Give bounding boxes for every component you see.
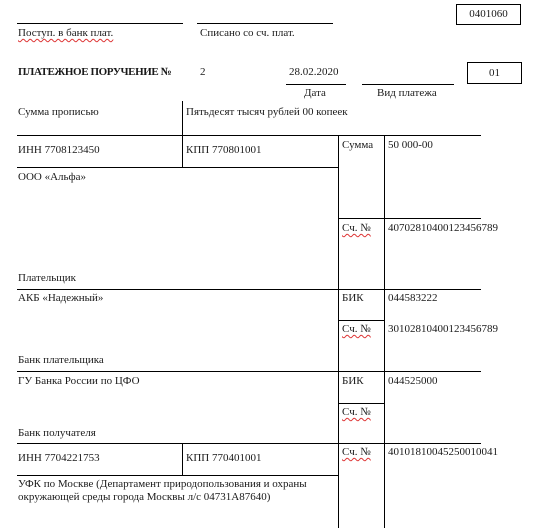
debited-line (197, 23, 333, 24)
payer-caption: Плательщик (18, 272, 76, 285)
payee-kpp[interactable]: КПП 770401001 (186, 452, 261, 465)
divider-h-475 (17, 475, 338, 476)
payee-account-value[interactable]: 40101810045250010041 (388, 446, 498, 459)
divider-h-371 (17, 371, 481, 372)
payer-account-label: Сч. № (342, 222, 371, 235)
divider-h-167 (17, 167, 338, 168)
divider-h-218 (338, 218, 481, 219)
divider-h-289 (17, 289, 481, 290)
sum-value[interactable]: 50 000-00 (388, 139, 433, 152)
date-label: Дата (304, 87, 326, 100)
divider-v-182-payee (182, 443, 183, 475)
payer-bank-bik-value[interactable]: 044583222 (388, 292, 438, 305)
payer-kpp[interactable]: КПП 770801001 (186, 144, 261, 157)
payer-bank-caption: Банк плательщика (18, 354, 104, 367)
divider-v-384 (384, 135, 385, 528)
payer-bank-account-value[interactable]: 30102810400123456789 (388, 323, 498, 336)
payee-bank-name[interactable]: ГУ Банка России по ЦФО (18, 375, 140, 388)
payment-type-label: Вид платежа (377, 87, 437, 100)
payer-bank-bik-label: БИК (342, 292, 364, 305)
payee-inn[interactable]: ИНН 7704221753 (18, 452, 100, 465)
debited-label: Списано со сч. плат. (200, 27, 295, 40)
payee-bank-account-label: Сч. № (342, 406, 371, 419)
divider-h-443 (17, 443, 481, 444)
payee-bank-bik-label: БИК (342, 375, 364, 388)
payee-bank-caption: Банк получателя (18, 427, 96, 440)
form-code-box: 0401060 (456, 4, 521, 25)
payer-name[interactable]: ООО «Альфа» (18, 171, 86, 184)
divider-v-182 (182, 101, 183, 167)
payer-bank-account-label: Сч. № (342, 323, 371, 336)
payee-bank-bik-value[interactable]: 044525000 (388, 375, 438, 388)
payer-inn[interactable]: ИНН 7708123450 (18, 144, 100, 157)
payee-name[interactable]: УФК по Москве (Департамент природопользо… (18, 478, 318, 504)
payer-bank-name[interactable]: АКБ «Надежный» (18, 292, 103, 305)
divider-h-135 (17, 135, 481, 136)
payer-account-value[interactable]: 40702810400123456789 (388, 222, 498, 235)
payment-type-line (362, 84, 454, 85)
received-line (17, 23, 183, 24)
payee-account-label: Сч. № (342, 446, 371, 459)
order-code-box[interactable]: 01 (467, 62, 522, 84)
received-label: Поступ. в банк плат. (18, 27, 113, 40)
document-title: ПЛАТЕЖНОЕ ПОРУЧЕНИЕ № (18, 66, 171, 79)
amount-words-value[interactable]: Пятьдесят тысяч рублей 00 копеек (186, 106, 348, 119)
divider-v-338 (338, 135, 339, 528)
date-line (286, 84, 346, 85)
amount-words-label: Сумма прописью (18, 106, 99, 119)
divider-h-403 (338, 403, 384, 404)
divider-h-320 (338, 320, 384, 321)
document-number[interactable]: 2 (200, 66, 206, 79)
document-date[interactable]: 28.02.2020 (289, 66, 339, 79)
sum-label: Сумма (342, 139, 373, 152)
